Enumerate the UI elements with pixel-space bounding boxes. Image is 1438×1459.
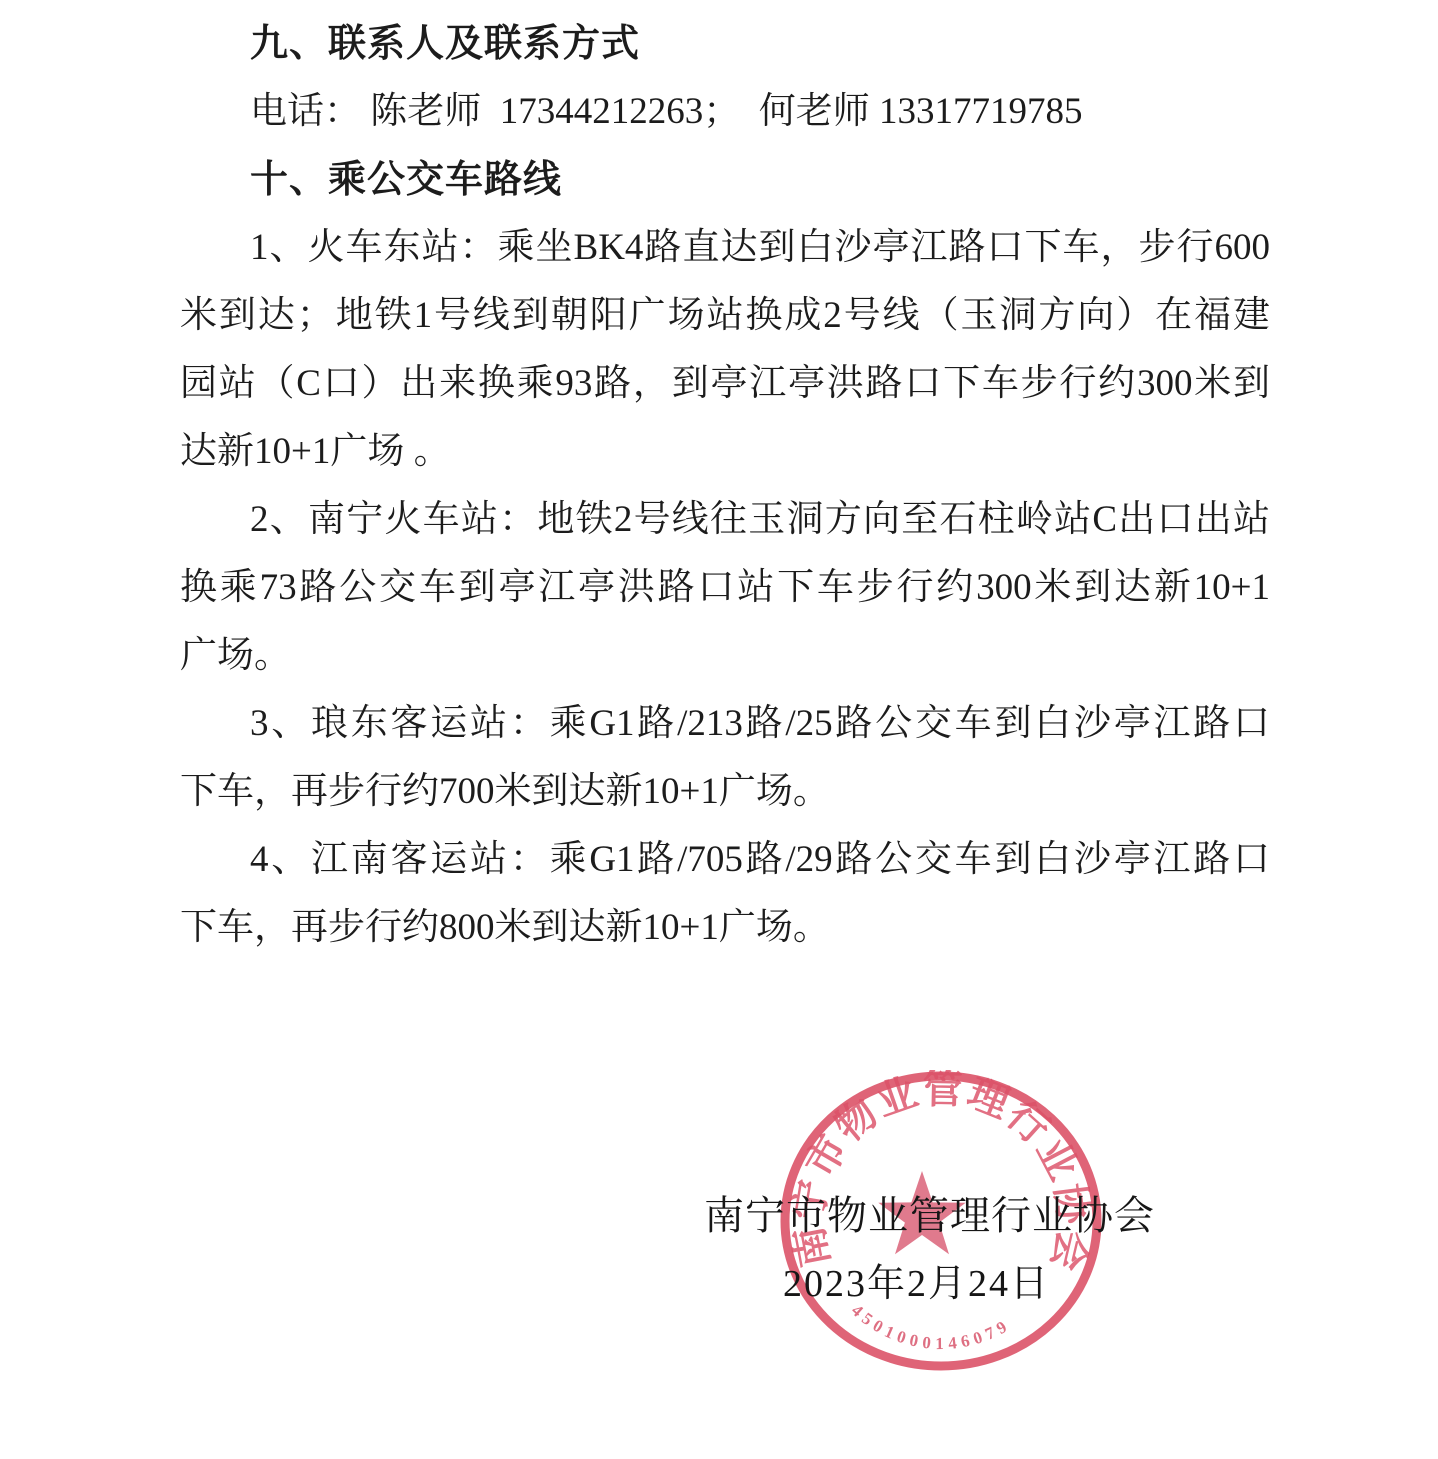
document-body: 九、联系人及联系方式 电话： 陈老师 17344212263； 何老师 1331… <box>180 10 1270 962</box>
route4-line1: 4、江南客运站：乘G1路/705路/29路公交车到白沙亭江路口 <box>180 826 1270 894</box>
contact-phone-line: 电话： 陈老师 17344212263； 何老师 13317719785 <box>180 78 1270 146</box>
seal-serial-number: 4501000146079 <box>848 1301 1014 1353</box>
route2-line1: 2、南宁火车站：地铁2号线往玉洞方向至石柱岭站C出口出站 <box>180 486 1270 554</box>
signature-organization: 南宁市物业管理行业协会 <box>704 1184 1155 1241</box>
section-heading-ten: 十、乘公交车路线 <box>180 146 1270 214</box>
signature-date: 2023年2月24日 <box>783 1252 1050 1307</box>
route1-line3: 园站（C口）出来换乘93路，到亭江亭洪路口下车步行约300米到 <box>180 350 1270 418</box>
route1-line2: 米到达；地铁1号线到朝阳广场站换成2号线（玉洞方向）在福建 <box>180 282 1270 350</box>
route1-line1: 1、火车东站：乘坐BK4路直达到白沙亭江路口下车，步行600 <box>180 214 1270 282</box>
route3-line2: 下车，再步行约700米到达新10+1广场。 <box>180 758 1270 826</box>
document-page: { "page": { "background": "#ffffff", "te… <box>0 0 1438 1459</box>
route3-line1: 3、琅东客运站：乘G1路/213路/25路公交车到白沙亭江路口 <box>180 690 1270 758</box>
route1-line4: 达新10+1广场 。 <box>180 418 1270 486</box>
route2-line2: 换乘73路公交车到亭江亭洪路口站下车步行约300米到达新10+1 <box>180 554 1270 622</box>
route4-line2: 下车，再步行约800米到达新10+1广场。 <box>180 894 1270 962</box>
route2-line3: 广场。 <box>180 622 1270 690</box>
section-heading-nine: 九、联系人及联系方式 <box>180 10 1270 78</box>
